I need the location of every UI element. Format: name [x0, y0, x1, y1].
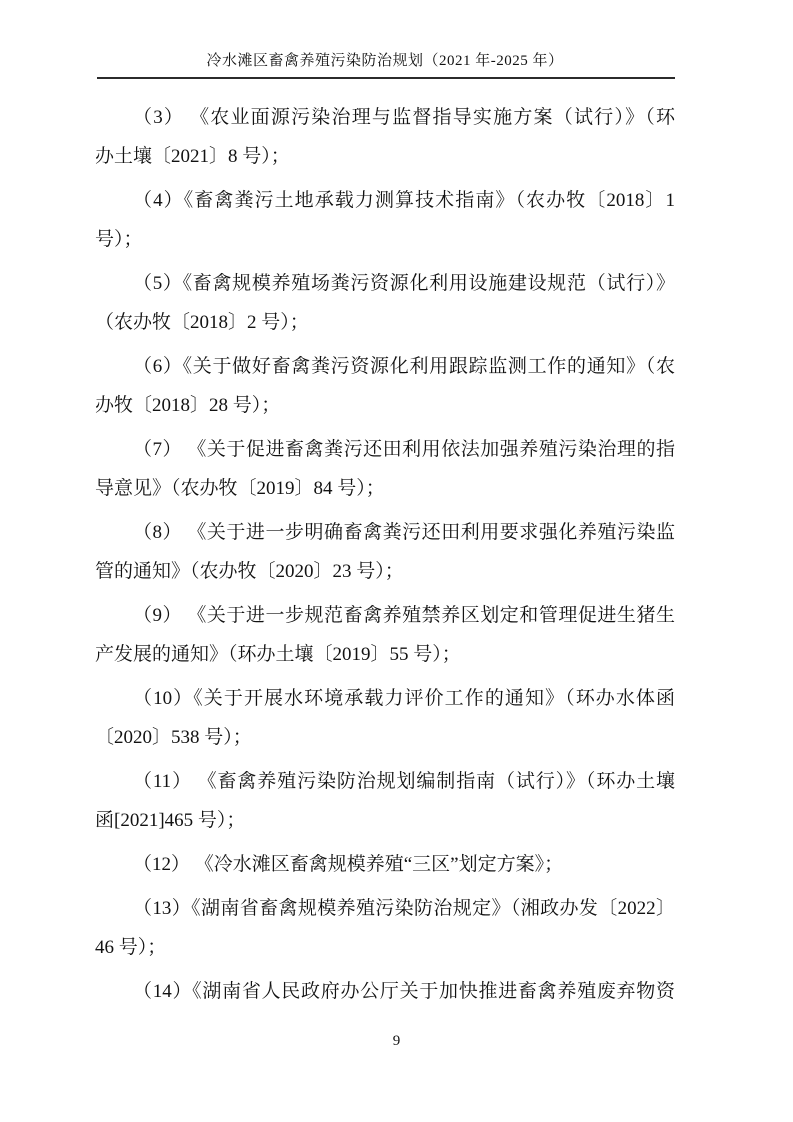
page-footer: 9 — [0, 1031, 793, 1051]
list-item-line: （4）《畜禽粪污土地承载力测算技术指南》（农办牧〔2018〕1 — [95, 181, 675, 220]
list-item-line: 导意见》（农办牧〔2019〕84 号）； — [95, 469, 675, 508]
list-item-line: 办土壤〔2021〕8 号）； — [95, 137, 675, 176]
document-page: 冷水滩区畜禽养殖污染防治规划（2021 年-2025 年） （3） 《农业面源污… — [0, 0, 793, 1122]
list-item-line: 产发展的通知》（环办土壤〔2019〕55 号）； — [95, 635, 675, 674]
list-item-6: （6）《关于做好畜禽粪污资源化利用跟踪监测工作的通知》（农 办牧〔2018〕28… — [95, 347, 675, 425]
list-item-line: 函[2021]465 号）； — [95, 801, 675, 840]
list-item-line: （6）《关于做好畜禽粪污资源化利用跟踪监测工作的通知》（农 — [95, 347, 675, 386]
list-item-7: （7） 《关于促进畜禽粪污还田利用依法加强养殖污染治理的指 导意见》（农办牧〔2… — [95, 430, 675, 508]
list-item-line: （8） 《关于进一步明确畜禽粪污还田利用要求强化养殖污染监 — [95, 513, 675, 552]
list-item-line: 46 号）； — [95, 928, 675, 967]
list-item-line: （11） 《畜禽养殖污染防治规划编制指南（试行）》（环办土壤 — [95, 762, 675, 801]
page-header-title: 冷水滩区畜禽养殖污染防治规划（2021 年-2025 年） — [95, 51, 675, 71]
list-item-10: （10）《关于开展水环境承载力评价工作的通知》（环办水体函 〔2020〕538 … — [95, 679, 675, 757]
page-number: 9 — [393, 1033, 401, 1049]
list-item-line: （10）《关于开展水环境承载力评价工作的通知》（环办水体函 — [95, 679, 675, 718]
list-item-13: （13）《湖南省畜禽规模养殖污染防治规定》（湘政办发〔2022〕 46 号）； — [95, 889, 675, 967]
list-item-9: （9） 《关于进一步规范畜禽养殖禁养区划定和管理促进生猪生 产发展的通知》（环办… — [95, 596, 675, 674]
list-item-3: （3） 《农业面源污染治理与监督指导实施方案（试行）》（环 办土壤〔2021〕8… — [95, 98, 675, 176]
list-item-line: （12） 《冷水滩区畜禽规模养殖“三区”划定方案》； — [95, 845, 675, 884]
list-item-line: （3） 《农业面源污染治理与监督指导实施方案（试行）》（环 — [95, 98, 675, 137]
document-body: （3） 《农业面源污染治理与监督指导实施方案（试行）》（环 办土壤〔2021〕8… — [95, 98, 675, 1016]
list-item-line: 号）； — [95, 220, 675, 259]
list-item-5: （5）《畜禽规模养殖场粪污资源化利用设施建设规范（试行）》 （农办牧〔2018〕… — [95, 264, 675, 342]
list-item-line: （农办牧〔2018〕2 号）； — [95, 303, 675, 342]
list-item-line: （5）《畜禽规模养殖场粪污资源化利用设施建设规范（试行）》 — [95, 264, 675, 303]
list-item-line: （14）《湖南省人民政府办公厅关于加快推进畜禽养殖废弃物资 — [95, 972, 675, 1011]
list-item-line: 〔2020〕538 号）； — [95, 718, 675, 757]
list-item-line: （13）《湖南省畜禽规模养殖污染防治规定》（湘政办发〔2022〕 — [95, 889, 675, 928]
list-item-8: （8） 《关于进一步明确畜禽粪污还田利用要求强化养殖污染监 管的通知》（农办牧〔… — [95, 513, 675, 591]
list-item-11: （11） 《畜禽养殖污染防治规划编制指南（试行）》（环办土壤 函[2021]46… — [95, 762, 675, 840]
list-item-14: （14）《湖南省人民政府办公厅关于加快推进畜禽养殖废弃物资 — [95, 972, 675, 1011]
list-item-line: 办牧〔2018〕28 号）； — [95, 386, 675, 425]
list-item-12: （12） 《冷水滩区畜禽规模养殖“三区”划定方案》； — [95, 845, 675, 884]
list-item-line: 管的通知》（农办牧〔2020〕23 号）； — [95, 552, 675, 591]
list-item-line: （7） 《关于促进畜禽粪污还田利用依法加强养殖污染治理的指 — [95, 430, 675, 469]
header-rule — [97, 77, 675, 79]
list-item-line: （9） 《关于进一步规范畜禽养殖禁养区划定和管理促进生猪生 — [95, 596, 675, 635]
list-item-4: （4）《畜禽粪污土地承载力测算技术指南》（农办牧〔2018〕1 号）； — [95, 181, 675, 259]
